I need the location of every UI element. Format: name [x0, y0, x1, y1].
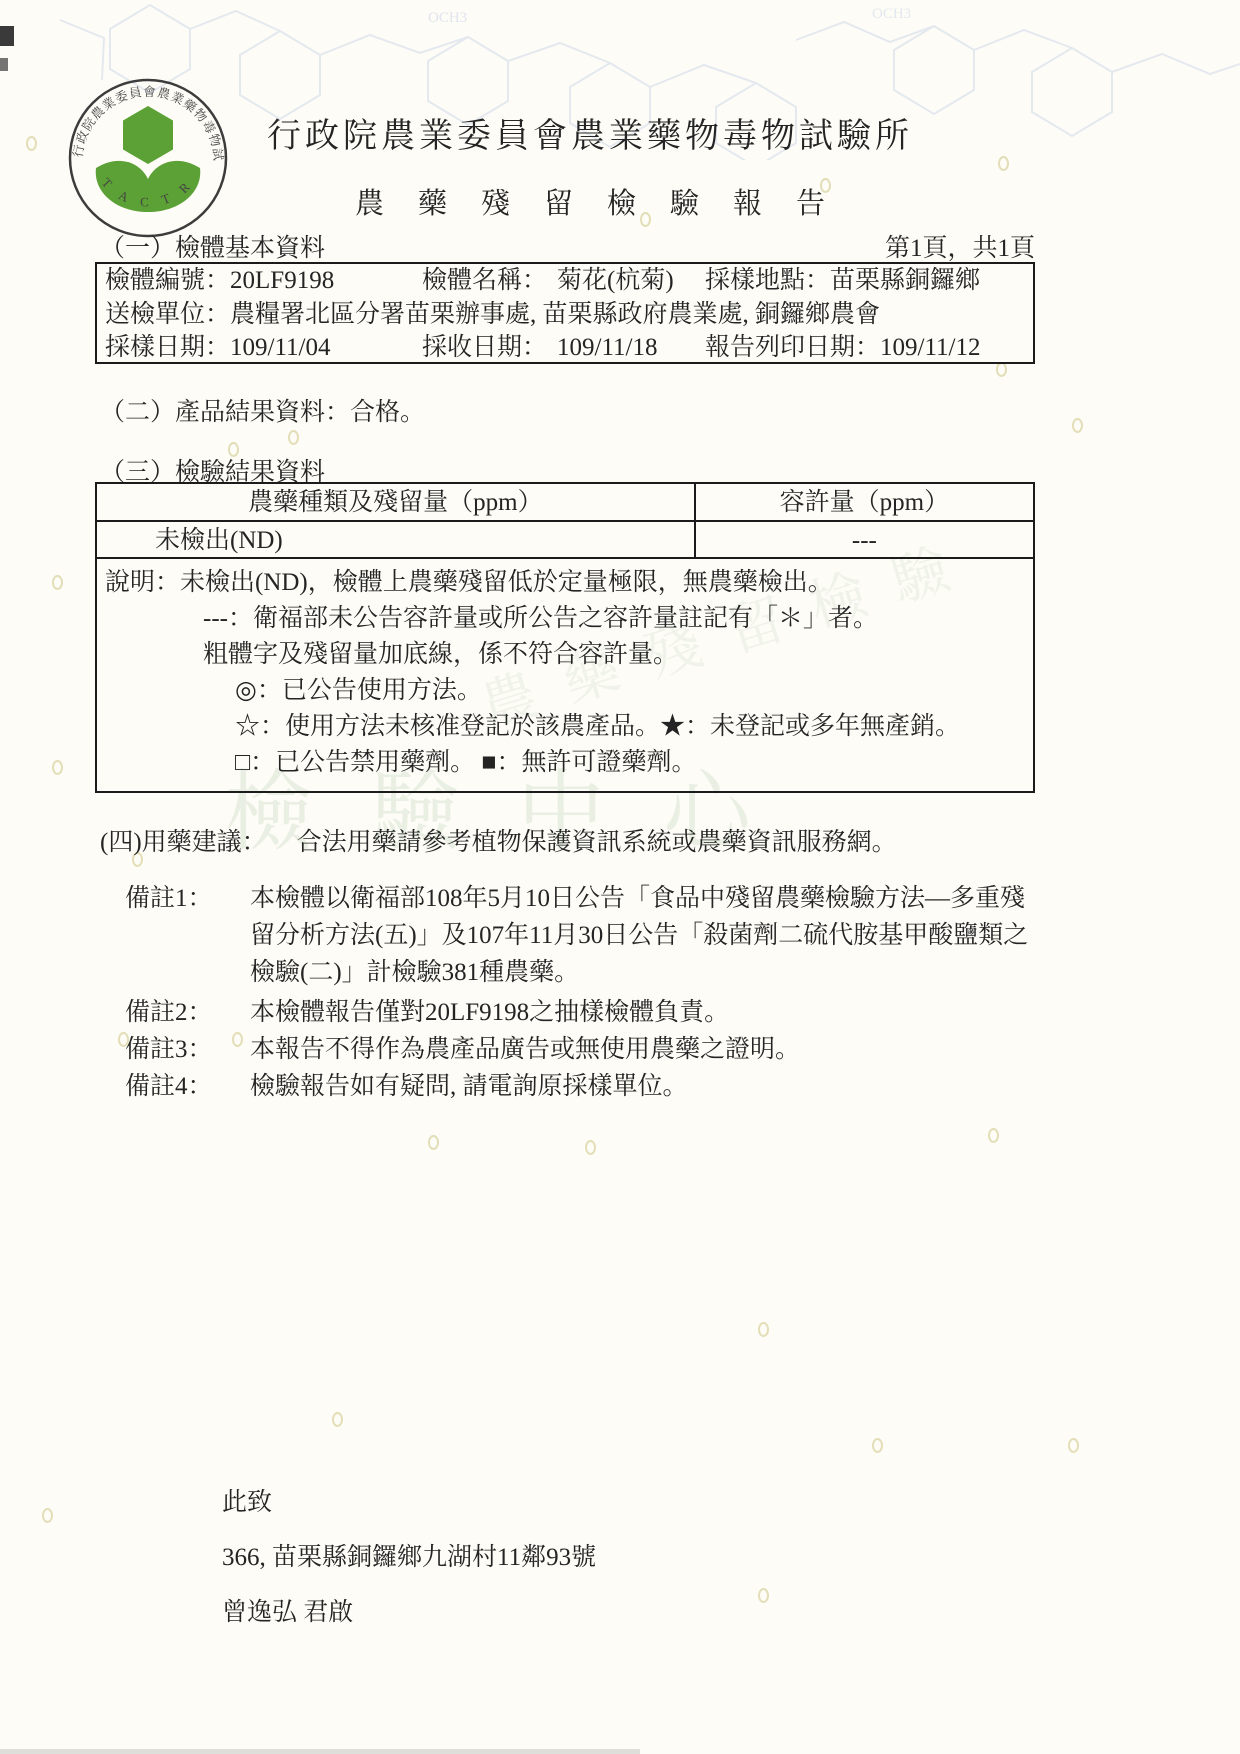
report-page: OCH3 OCH3 農藥殘留檢驗 檢驗中心 行政院農業委員會農業藥物毒物試驗所	[0, 0, 1240, 1754]
scan-spot	[872, 1438, 883, 1453]
tolerance-value: ---	[696, 522, 1033, 557]
col-header-residue: 農藥種類及殘留量（ppm）	[97, 484, 696, 520]
harvest-date-value: 109/11/18	[557, 334, 657, 361]
scan-spot	[288, 430, 299, 445]
scan-debris	[0, 26, 14, 46]
scan-spot	[52, 575, 63, 590]
table-row: 送檢單位：農糧署北區分署苗栗辦事處, 苗栗縣政府農業處, 銅鑼鄉農會	[97, 298, 1033, 332]
col-header-tolerance: 容許量（ppm）	[696, 484, 1033, 520]
recipient-name: 曾逸弘 君啟	[222, 1592, 353, 1628]
note-line: □：已公告禁用藥劑。 ■：無許可證藥劑。	[105, 745, 1025, 781]
note-line: 粗體字及殘留量加底線，係不符合容許量。	[105, 637, 1025, 673]
scan-spot	[585, 1140, 596, 1155]
note-line: 說明：未檢出(ND)，檢體上農藥殘留低於定量極限，無農藥檢出。	[105, 565, 1025, 601]
scan-spot	[1072, 418, 1083, 433]
chem-label-artifact: OCH3	[428, 10, 467, 26]
residue-result: 未檢出(ND)	[97, 522, 696, 557]
note-line: ☆：使用方法未核准登記於該農產品。★：未登記或多年無產銷。	[105, 709, 1025, 745]
remark-2-text: 本檢體報告僅對20LF9198之抽樣檢體負責。	[250, 994, 729, 1031]
chem-label-artifact: OCH3	[872, 6, 911, 22]
results-notes: 說明：未檢出(ND)，檢體上農藥殘留低於定量極限，無農藥檢出。 ---：衛福部未…	[97, 559, 1033, 791]
sample-no-label: 檢體編號：	[105, 267, 230, 294]
tactri-logo: 行政院農業委員會農業藥物毒物試驗所 T A C T R I	[66, 76, 230, 240]
scan-spot	[52, 760, 63, 775]
submitter-value: 農糧署北區分署苗栗辦事處, 苗栗縣政府農業處, 銅鑼鄉農會	[230, 301, 880, 328]
results-table-row: 未檢出(ND) ---	[97, 522, 1033, 559]
remark-4-text: 檢驗報告如有疑問, 請電詢原採樣單位。	[250, 1068, 688, 1105]
results-table-header: 農藥種類及殘留量（ppm） 容許量（ppm）	[97, 484, 1033, 522]
location-label: 採樣地點：	[705, 267, 830, 294]
scan-spot	[988, 1128, 999, 1143]
section4-text: 合法用藥請參考植物保護資訊系統或農藥資訊服務網。	[297, 829, 897, 856]
note-line: ---：衛福部未公告容許量或所公告之容許量註記有「＊」者。	[105, 601, 1025, 637]
report-title: 農藥殘留檢驗報告	[240, 181, 940, 222]
print-date-value: 109/11/12	[880, 334, 980, 361]
sample-name-label: 檢體名稱：	[422, 267, 547, 294]
remark-3-label: 備註3：	[125, 1031, 213, 1068]
sampling-date-label: 採樣日期：	[105, 334, 230, 361]
remark-4-label: 備註4：	[125, 1068, 213, 1105]
scan-spot	[232, 1032, 243, 1047]
harvest-date-label: 採收日期：	[422, 334, 547, 361]
section1-heading: （一）檢體基本資料	[100, 228, 325, 264]
remark-1-label: 備註1：	[125, 880, 213, 917]
salutation: 此致	[222, 1482, 272, 1518]
note-line: ◎：已公告使用方法。	[105, 673, 1025, 709]
scan-spot	[428, 1135, 439, 1150]
scan-spot	[1068, 1438, 1079, 1453]
submitter-label: 送檢單位：	[105, 301, 230, 328]
org-name: 行政院農業委員會農業藥物毒物試驗所	[240, 108, 940, 157]
section4-label: (四)用藥建議：	[100, 829, 267, 856]
sampling-date-value: 109/11/04	[230, 334, 330, 361]
scan-debris	[0, 58, 8, 71]
remark-1-text: 本檢體以衛福部108年5月10日公告「食品中殘留農藥檢驗方法—多重殘 留分析方法…	[250, 880, 1028, 991]
section2-heading: （二）產品結果資料：合格。	[100, 392, 425, 428]
sample-info-table: 檢體編號：20LF9198 檢體名稱：菊花(杭菊) 採樣地點：苗栗縣銅鑼鄉 送檢…	[95, 262, 1035, 364]
remark-3-text: 本報告不得作為農產品廣告或無使用農藥之證明。	[250, 1031, 800, 1068]
scan-spot	[332, 1412, 343, 1427]
table-row: 採樣日期：109/11/04 採收日期：109/11/18 報告列印日期：109…	[97, 331, 1033, 365]
table-row: 檢體編號：20LF9198 檢體名稱：菊花(杭菊) 採樣地點：苗栗縣銅鑼鄉	[97, 264, 1033, 298]
results-table: 農藥種類及殘留量（ppm） 容許量（ppm） 未檢出(ND) --- 說明：未檢…	[95, 482, 1035, 793]
location-value: 苗栗縣銅鑼鄉	[830, 267, 980, 294]
scan-spot	[26, 136, 37, 151]
sample-no-value: 20LF9198	[230, 267, 334, 294]
sample-name-value: 菊花(杭菊)	[557, 267, 674, 294]
remark-2-label: 備註2：	[125, 994, 213, 1031]
section4-line: (四)用藥建議：合法用藥請參考植物保護資訊系統或農藥資訊服務網。	[100, 822, 897, 858]
logo-hexagon	[123, 106, 173, 164]
scan-spot	[42, 1508, 53, 1523]
recipient-address: 366, 苗栗縣銅鑼鄉九湖村11鄰93號	[222, 1537, 596, 1573]
print-date-label: 報告列印日期：	[705, 334, 880, 361]
scan-spot	[998, 156, 1009, 171]
scan-spot	[758, 1322, 769, 1337]
scan-edge	[0, 1749, 640, 1754]
scan-spot	[758, 1588, 769, 1603]
page-info: 第1頁，共1頁	[885, 228, 1035, 264]
